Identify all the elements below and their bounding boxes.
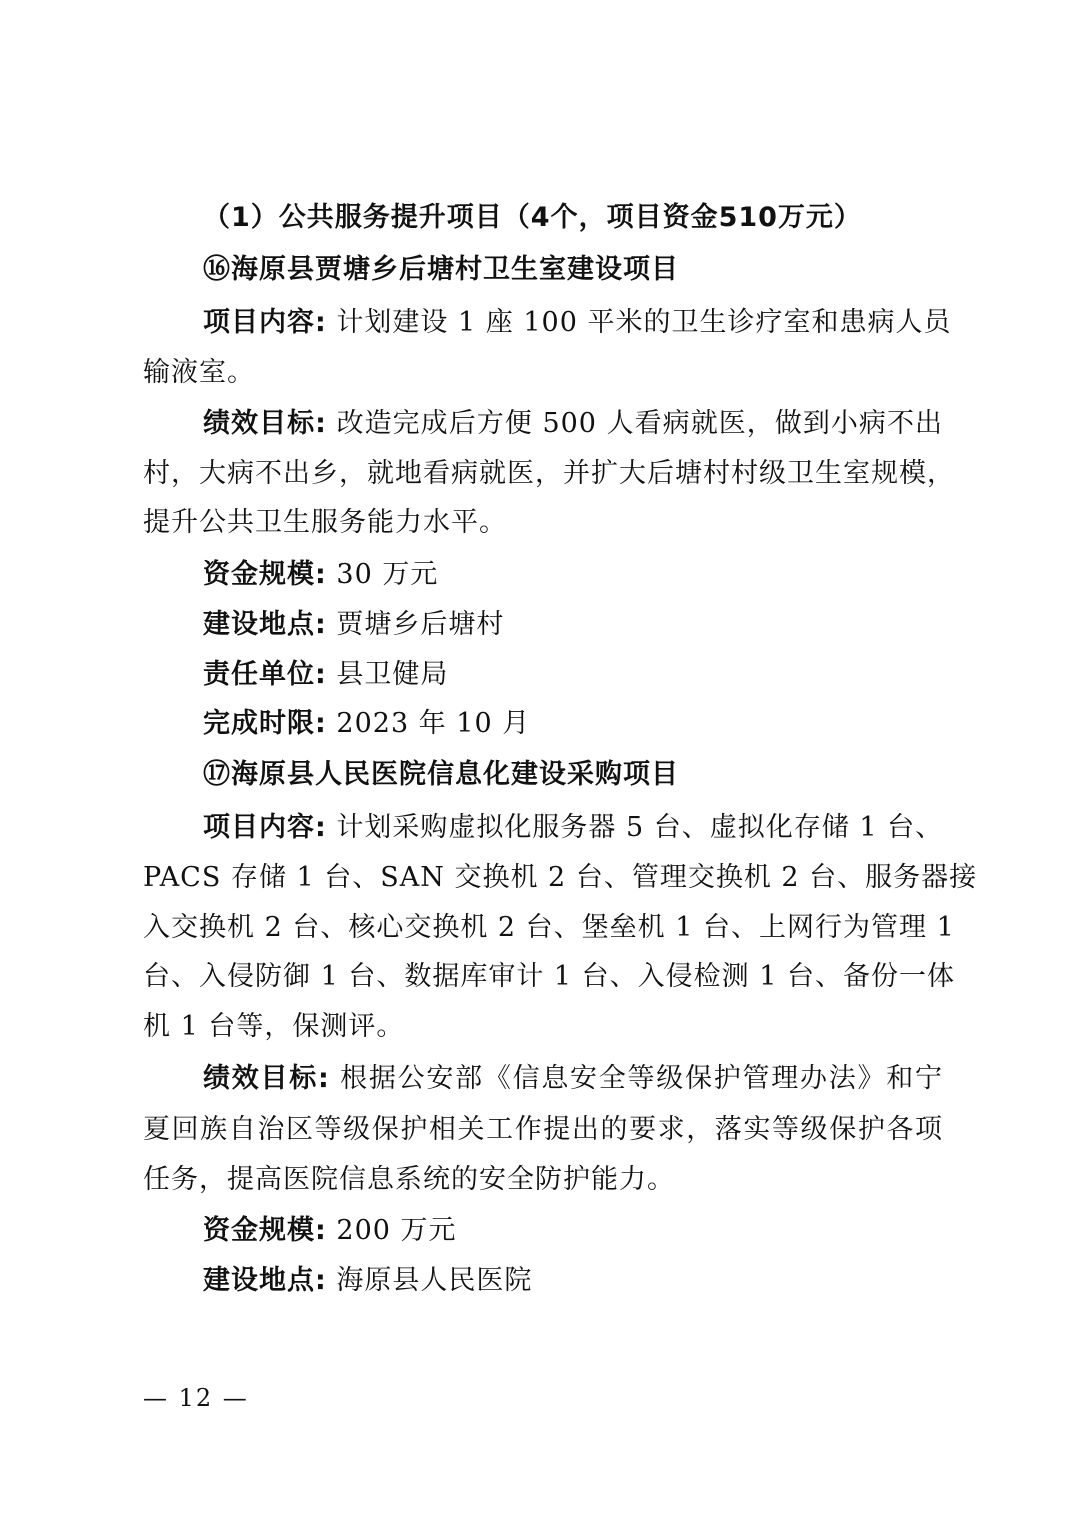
project-16-goal-line-2: 村，大病不出乡，就地看病就医，并扩大后塘村村级卫生室规模， [143,456,943,492]
project-16-goal-line-3: 提升公共卫生服务能力水平。 [143,505,943,541]
project-17-content-line-4: 台、入侵防御 1 台、数据库审计 1 台、入侵检测 1 台、备份一体 [143,959,943,995]
project-17-content-line-5: 机 1 台等，保测评。 [143,1009,943,1045]
project-17-content-line-3: 入交换机 2 台、核心交换机 2 台、堡垒机 1 台、上网行为管理 1 [143,910,943,946]
project-16-fund-value: 30 万元 [336,559,438,590]
project-16-title: ⑯海原县贾塘乡后塘村卫生室建设项目 [203,252,943,288]
project-16-goal-text-1: 改造完成后方便 500 人看病就医，做到小病不出 [337,408,943,439]
project-17-goal-line-3: 任务，提高医院信息系统的安全防护能力。 [143,1162,943,1198]
project-17-location-label: 建设地点: [203,1265,327,1296]
project-16-deadline-value: 2023 年 10 月 [336,708,530,739]
project-17-location: 建设地点: 海原县人民医院 [203,1263,943,1299]
project-16-content-line-1: 项目内容: 计划建设 1 座 100 平米的卫生诊疗室和患病人员 [203,305,943,341]
project-17-content-label: 项目内容: [203,812,327,843]
project-17-fund-value: 200 万元 [336,1215,456,1246]
section-title: （1）公共服务提升项目（4个，项目资金510万元） [203,200,943,236]
project-16-deadline-label: 完成时限: [203,708,327,739]
project-16-location: 建设地点: 贾塘乡后塘村 [203,607,943,643]
project-17-fund: 资金规模: 200 万元 [203,1213,943,1249]
project-17-goal-text-1: 根据公安部《信息安全等级保护管理办法》和宁 [340,1063,943,1094]
project-16-location-value: 贾塘乡后塘村 [336,609,504,640]
project-16-fund-label: 资金规模: [203,559,327,590]
project-16-deadline: 完成时限: 2023 年 10 月 [203,706,943,742]
project-17-title: ⑰海原县人民医院信息化建设采购项目 [203,757,943,793]
document-page: （1）公共服务提升项目（4个，项目资金510万元） ⑯海原县贾塘乡后塘村卫生室建… [0,0,1074,1520]
project-16-content-line-2: 输液室。 [143,355,943,391]
page-number: — 12 — [143,1382,249,1414]
project-17-content-line-2: PACS 存储 1 台、SAN 交换机 2 台、管理交换机 2 台、服务器接 [143,860,943,896]
project-17-goal-label: 绩效目标: [203,1063,330,1094]
project-16-unit: 责任单位: 县卫健局 [203,657,943,693]
project-17-location-value: 海原县人民医院 [336,1265,532,1296]
project-17-content-line-1: 项目内容: 计划采购虚拟化服务器 5 台、虚拟化存储 1 台、 [203,810,943,846]
project-16-fund: 资金规模: 30 万元 [203,557,943,593]
project-16-content-label: 项目内容: [203,307,327,338]
project-16-goal-label: 绩效目标: [203,408,327,439]
project-17-goal-line-1: 绩效目标: 根据公安部《信息安全等级保护管理办法》和宁 [203,1061,943,1097]
project-16-goal-line-1: 绩效目标: 改造完成后方便 500 人看病就医，做到小病不出 [203,406,943,442]
project-16-location-label: 建设地点: [203,609,327,640]
project-16-unit-value: 县卫健局 [336,659,448,690]
project-17-goal-line-2: 夏回族自治区等级保护相关工作提出的要求，落实等级保护各项 [143,1112,943,1148]
project-17-fund-label: 资金规模: [203,1215,327,1246]
project-16-content-text-1: 计划建设 1 座 100 平米的卫生诊疗室和患病人员 [336,307,951,338]
project-16-unit-label: 责任单位: [203,659,327,690]
project-17-content-text-1: 计划采购虚拟化服务器 5 台、虚拟化存储 1 台、 [336,812,943,843]
